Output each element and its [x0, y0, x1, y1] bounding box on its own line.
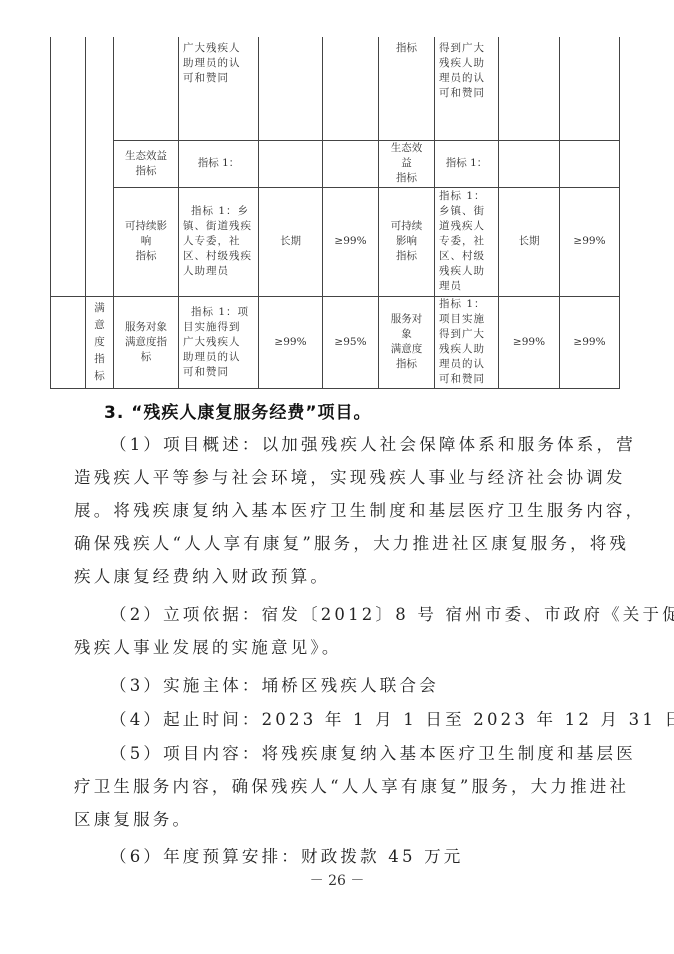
target-value-cell: ≥99%: [259, 296, 323, 388]
paragraph-overview: （1）项目概述：以加强残疾人社会保障体系和服务体系，营 造残疾人平等参与社会环境…: [74, 428, 614, 593]
table-row: 生态效益 指标 指标 1： 生态效 益 指标 指标 1：: [51, 140, 620, 187]
indicator-detail-cell: 指标 1：: [179, 140, 259, 187]
category-cell: 满 意 度 指 标: [86, 296, 114, 388]
category-cell: [86, 37, 114, 296]
outer-blank-cell: [51, 296, 86, 388]
actual-value-cell: [323, 37, 379, 140]
actual-value-cell-2: [560, 37, 620, 140]
actual-value-cell-2: [560, 140, 620, 187]
target-value-cell-2: 长期: [499, 187, 560, 296]
target-value-cell-2: [499, 140, 560, 187]
section-heading: 3. “残疾人康复服务经费”项目。: [104, 398, 372, 423]
actual-value-cell: ≥99%: [323, 187, 379, 296]
paragraph-implementer: （3）实施主体：埇桥区残疾人联合会: [74, 669, 614, 702]
target-value-cell: [259, 37, 323, 140]
table-row: 广大残疾人 助理员的认 可和赞同 指标 得到广大 残疾人助 理员的认 可和赞同: [51, 37, 620, 140]
indicator-detail-cell: 广大残疾人 助理员的认 可和赞同: [179, 37, 259, 140]
page-number: － 26 －: [0, 870, 674, 890]
target-value-cell-2: ≥99%: [499, 296, 560, 388]
indicator-type-cell-2: 生态效 益 指标: [379, 140, 435, 187]
table-row: 满 意 度 指 标 服务对象 满意度指 标 指标 1：项 目实施得到 广大残疾人…: [51, 296, 620, 388]
indicator-detail-cell: 指标 1：乡 镇、街道残疾 人专委，社 区、村级残疾 人助理员: [179, 187, 259, 296]
indicator-type-cell: [114, 37, 179, 140]
actual-value-cell: [323, 140, 379, 187]
indicator-type-cell-2: 指标: [379, 37, 435, 140]
paragraph-period: （4）起止时间：2023 年 1 月 1 日至 2023 年 12 月 31 日: [74, 703, 614, 736]
indicator-detail-cell-2: 指标 1： 项目实施 得到广大 残疾人助 理员的认 可和赞同: [435, 296, 499, 388]
paragraph-basis: （2）立项依据：宿发〔2012〕8 号 宿州市委、市政府《关于促进 残疾人事业发…: [74, 598, 614, 664]
indicator-type-cell: 生态效益 指标: [114, 140, 179, 187]
indicator-detail-cell-2: 得到广大 残疾人助 理员的认 可和赞同: [435, 37, 499, 140]
table-row: 可持续影 响 指标 指标 1：乡 镇、街道残疾 人专委，社 区、村级残疾 人助理…: [51, 187, 620, 296]
document-page: 广大残疾人 助理员的认 可和赞同 指标 得到广大 残疾人助 理员的认 可和赞同 …: [0, 0, 674, 954]
indicator-type-cell-2: 可持续 影响 指标: [379, 187, 435, 296]
performance-indicator-table: 广大残疾人 助理员的认 可和赞同 指标 得到广大 残疾人助 理员的认 可和赞同 …: [50, 37, 620, 389]
target-value-cell: 长期: [259, 187, 323, 296]
target-value-cell: [259, 140, 323, 187]
paragraph-budget: （6）年度预算安排：财政拨款 45 万元: [74, 840, 614, 873]
actual-value-cell-2: ≥99%: [560, 296, 620, 388]
actual-value-cell: ≥95%: [323, 296, 379, 388]
indicator-detail-cell-2: 指标 1： 乡镇、街 道残疾人 专委，社 区、村级 残疾人助 理员: [435, 187, 499, 296]
outer-blank-cell: [51, 37, 86, 296]
indicator-type-cell: 可持续影 响 指标: [114, 187, 179, 296]
paragraph-content: （5）项目内容：将残疾康复纳入基本医疗卫生制度和基层医 疗卫生服务内容，确保残疾…: [74, 737, 614, 836]
indicator-type-cell: 服务对象 满意度指 标: [114, 296, 179, 388]
target-value-cell-2: [499, 37, 560, 140]
indicator-detail-cell: 指标 1：项 目实施得到 广大残疾人 助理员的认 可和赞同: [179, 296, 259, 388]
actual-value-cell-2: ≥99%: [560, 187, 620, 296]
indicator-type-cell-2: 服务对 象 满意度 指标: [379, 296, 435, 388]
indicator-detail-cell-2: 指标 1：: [435, 140, 499, 187]
